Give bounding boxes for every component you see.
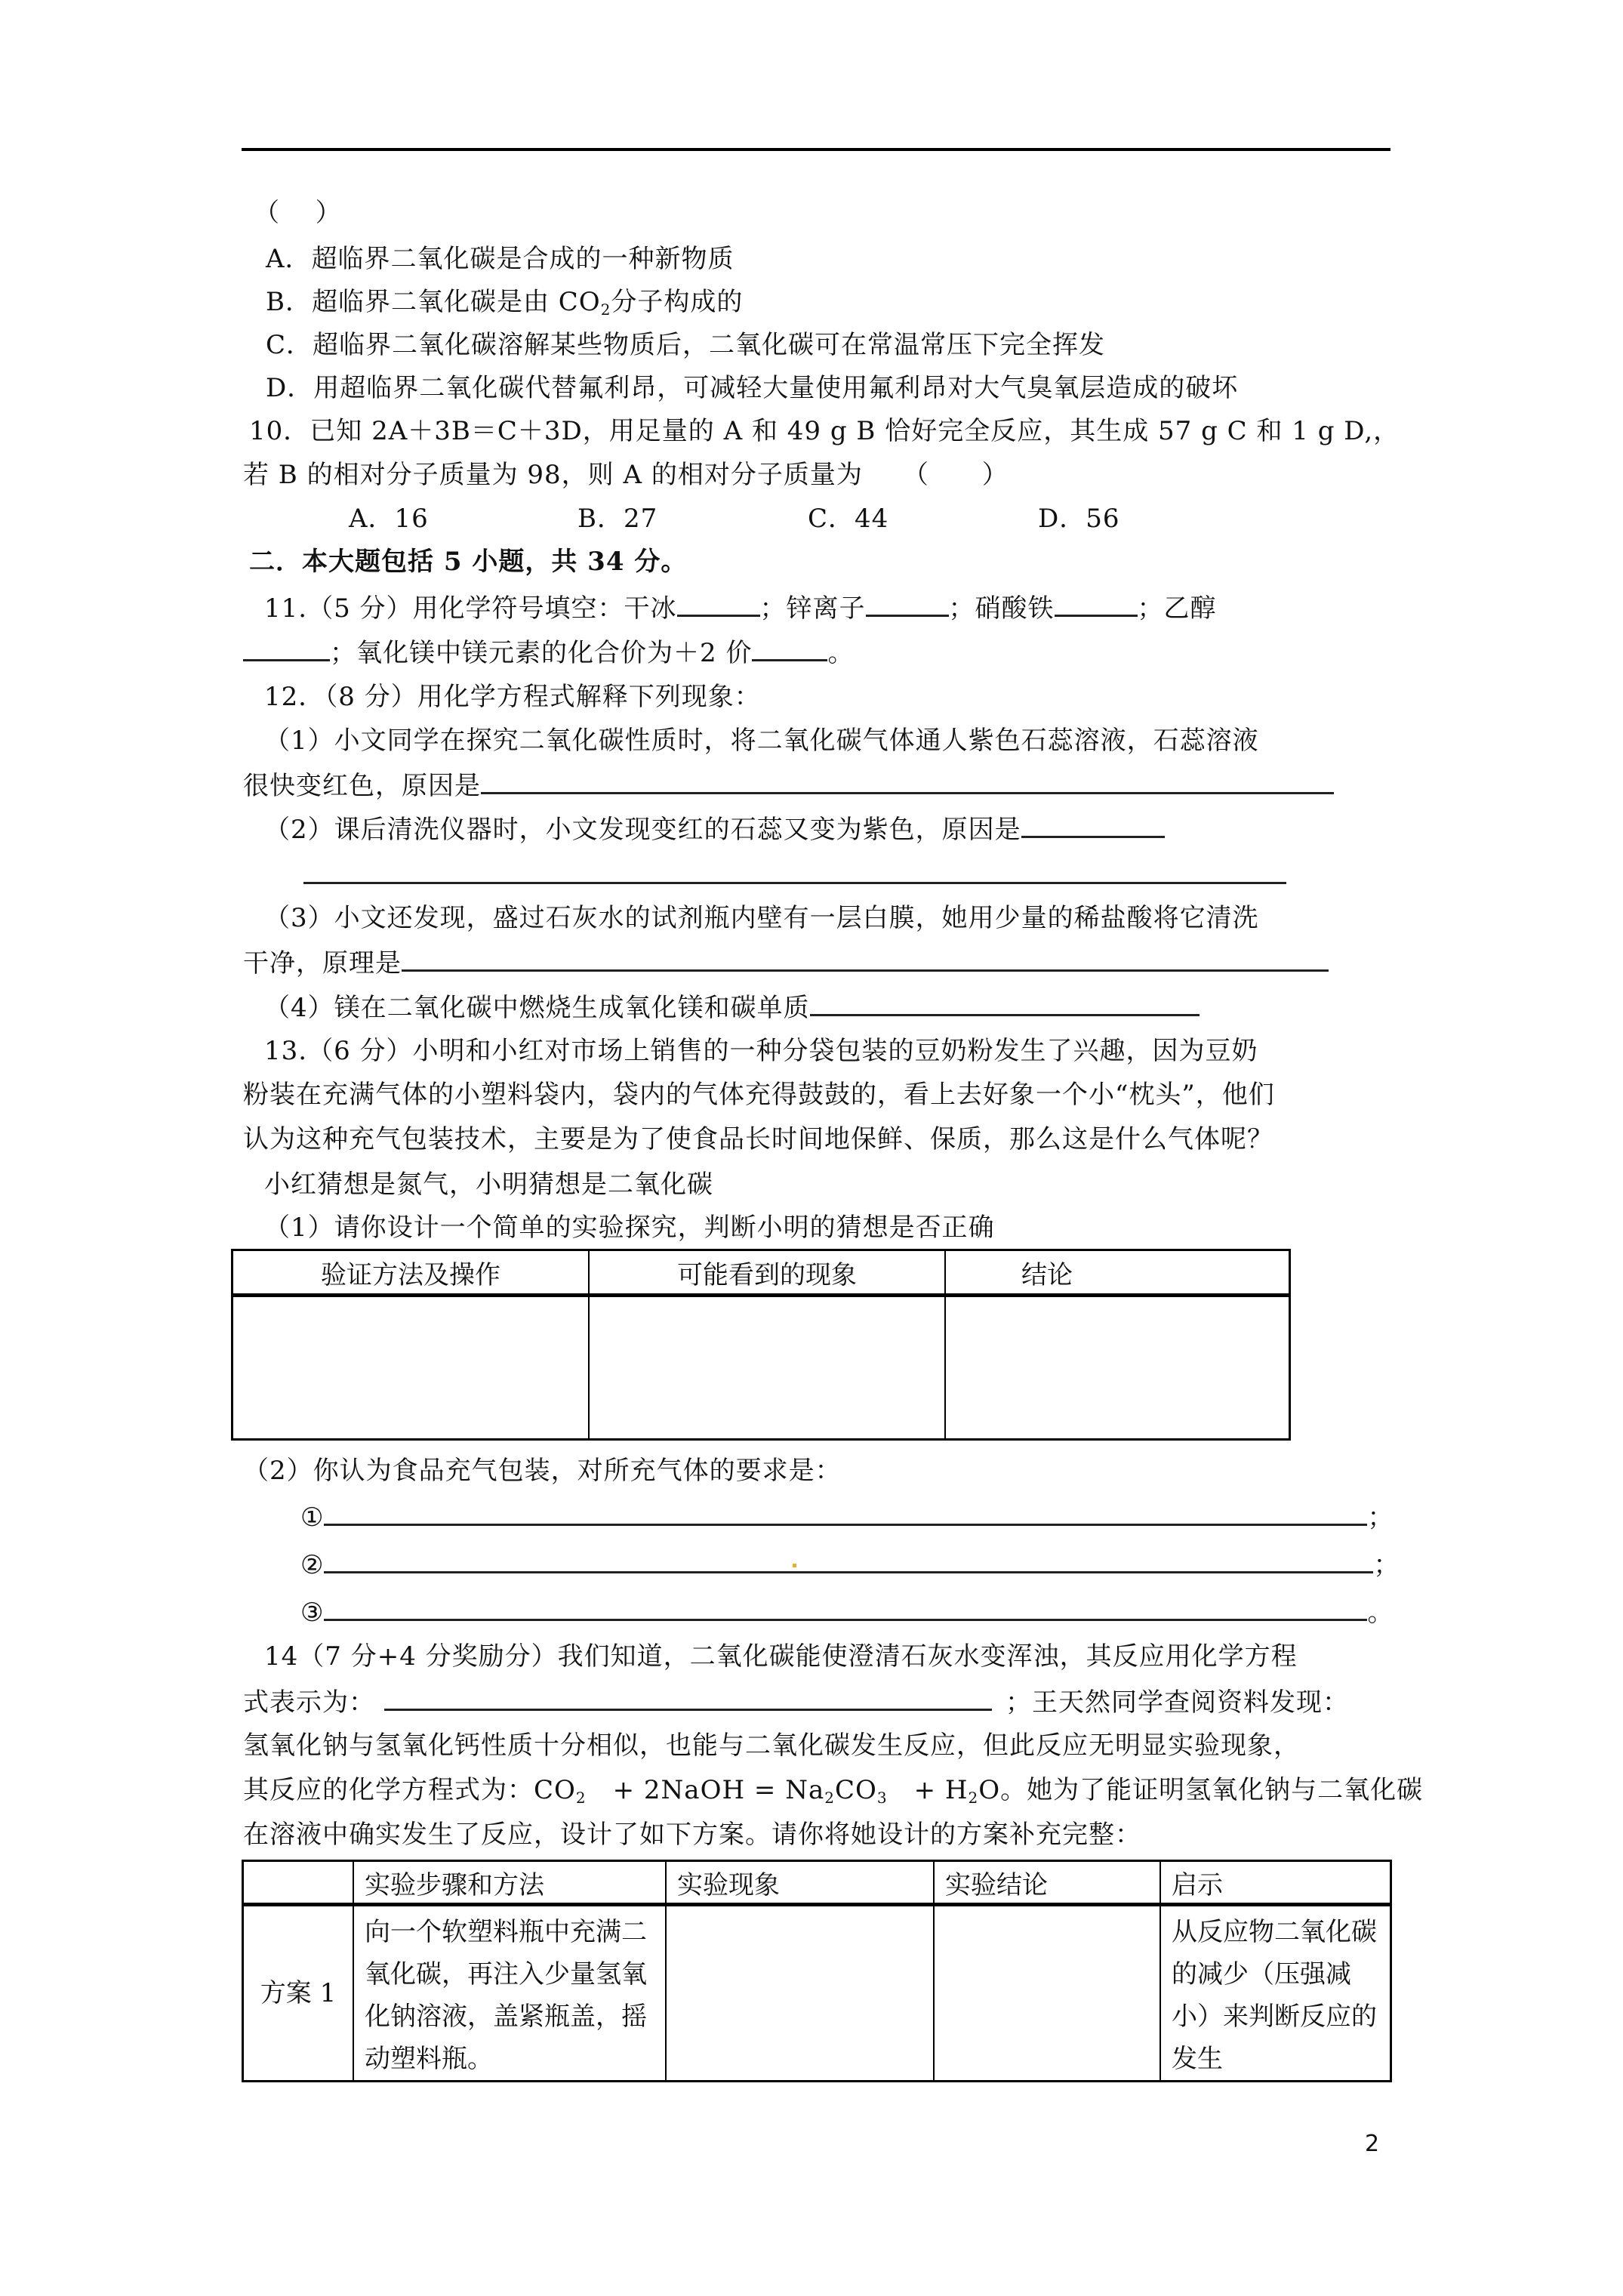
answer-blank-zinc-ion[interactable] — [866, 592, 949, 617]
answer-blank-q12-1[interactable] — [481, 769, 1334, 794]
q13-line2: 粉装在充满气体的小塑料袋内，袋内的气体充得鼓鼓的，看上去好象一个小“枕头”，他们 — [243, 1080, 1275, 1110]
q11-line1: 11.（5 分）用化学符号填空：干冰；锌离子；硝酸铁；乙醇 — [264, 592, 1217, 624]
table-header-phenomenon: 可能看到的现象 — [589, 1250, 945, 1296]
table-header-phenomenon: 实验现象 — [666, 1861, 934, 1905]
answer-blank-q12-3[interactable] — [402, 947, 1329, 972]
table-header-conclusion: 结论 — [945, 1250, 1290, 1296]
answer-blank-q12-4[interactable] — [810, 991, 1200, 1016]
q10-line1: 10．已知 2A＋3B＝C＋3D，用足量的 A 和 49 g B 恰好完全反应，… — [249, 416, 1400, 446]
q10-choice-d: D．56 — [1038, 504, 1120, 534]
q13-requirement-1: ①； — [300, 1501, 1394, 1533]
table-cell-phenomenon[interactable] — [589, 1296, 945, 1440]
table-cell-conclusion[interactable] — [945, 1296, 1290, 1440]
q9-option-c: C．超临界二氧化碳溶解某些物质后，二氧化碳可在常温常压下完全挥发 — [266, 330, 1105, 360]
q13-line1: 13.（6 分）小明和小红对市场上销售的一种分袋包装的豆奶粉发生了兴趣，因为豆奶 — [264, 1036, 1258, 1066]
q10-choice-c: C．44 — [808, 504, 888, 534]
q14-line1: 14（7 分+4 分奖励分）我们知道，二氧化碳能使澄清石灰水变浑浊，其反应用化学… — [264, 1641, 1298, 1672]
q12-part3-line1: （3）小文还发现，盛过石灰水的试剂瓶内壁有一层白膜，她用少量的稀盐酸将它清洗 — [264, 903, 1259, 933]
q14-line3: 氢氧化钠与氢氧化钙性质十分相似，也能与二氧化碳发生反应，但此反应无明显实验现象， — [243, 1730, 1300, 1761]
table-cell-phenomenon[interactable] — [666, 1905, 934, 2082]
q13-line4: 小红猜想是氮气，小明猜想是二氧化碳 — [264, 1170, 713, 1200]
q12-part4: （4）镁在二氧化碳中燃烧生成氧化镁和碳单质 — [264, 991, 1200, 1023]
q12-part1-line1: （1）小文同学在探究二氧化碳性质时，将二氧化碳气体通人紫色石蕊溶液，石蕊溶液 — [264, 726, 1259, 756]
table-header-method: 验证方法及操作 — [233, 1250, 590, 1296]
answer-blank-q12-2[interactable] — [1021, 813, 1165, 838]
table-cell-conclusion[interactable] — [934, 1905, 1160, 2082]
q12-title: 12．（8 分）用化学方程式解释下列现象： — [264, 682, 761, 712]
q9-option-a: A．超临界二氧化碳是合成的一种新物质 — [266, 244, 735, 274]
table-cell-method[interactable] — [233, 1296, 590, 1440]
q10-choice-a: A．16 — [349, 504, 429, 534]
q9-option-b: B．超临界二氧化碳是由 CO2分子构成的 — [266, 287, 743, 317]
table-header-conclusion: 实验结论 — [934, 1861, 1160, 1905]
table-cell-insight: 从反应物二氧化碳的减少（压强减小）来判断反应的发生 — [1160, 1905, 1391, 2082]
table-cell-steps: 向一个软塑料瓶中充满二氧化碳，再注入少量氢氧化钠溶液，盖紧瓶盖，摇动塑料瓶。 — [353, 1905, 666, 2082]
answer-blank-dry-ice[interactable] — [677, 592, 760, 617]
q12-part1-line2: 很快变红色，原因是 — [243, 769, 1334, 801]
q14-line2: 式表示为：；王天然同学查阅资料发现： — [243, 1686, 1349, 1718]
q10-line2: 若 B 的相对分子质量为 98，则 A 的相对分子质量为 （ ） — [243, 460, 1009, 490]
table-header-blank — [243, 1861, 354, 1905]
header-rule — [242, 148, 1390, 151]
q13-part1: （1）请你设计一个简单的实验探究，判断小明的猜想是否正确 — [264, 1213, 995, 1243]
stray-mark — [793, 1564, 796, 1567]
q10-choice-b: B．27 — [577, 504, 658, 534]
q11-line2: ；氧化镁中镁元素的化合价为＋2 价。 — [243, 636, 854, 668]
q14-line5: 在溶液中确实发生了反应，设计了如下方案。请你将她设计的方案补充完整： — [243, 1820, 1141, 1850]
q14-scheme-table: 实验步骤和方法 实验现象 实验结论 启示 方案 1 向一个软塑料瓶中充满二氧化碳… — [242, 1860, 1392, 2082]
answer-blank-iron-nitrate[interactable] — [1055, 592, 1138, 617]
answer-blank-q12-2-cont[interactable] — [303, 859, 1286, 884]
answer-blank-req-2[interactable] — [324, 1549, 1373, 1573]
table-header-steps: 实验步骤和方法 — [353, 1861, 666, 1905]
page-number: 2 — [1365, 2131, 1379, 2157]
q13-requirement-3: ③。 — [300, 1596, 1394, 1628]
q9-answer-paren: （ ） — [254, 198, 342, 228]
answer-blank-req-1[interactable] — [324, 1501, 1367, 1526]
q13-experiment-table: 验证方法及操作 可能看到的现象 结论 — [231, 1249, 1291, 1441]
q13-requirement-2: ②； — [300, 1549, 1400, 1580]
answer-blank-limewater-equation[interactable] — [384, 1686, 992, 1711]
q9-option-d: D．用超临界二氧化碳代替氟利昂，可减轻大量使用氟利昂对大气臭氧层造成的破坏 — [266, 373, 1238, 403]
q13-part2: （2）你认为食品充气包装，对所充气体的要求是： — [243, 1456, 842, 1486]
answer-blank-req-3[interactable] — [324, 1596, 1367, 1621]
answer-blank-ethanol[interactable] — [243, 636, 330, 661]
answer-blank-mg-valence[interactable] — [752, 636, 827, 661]
q13-line3: 认为这种充气包装技术，主要是为了使食品长时间地保鲜、保质，那么这是什么气体呢？ — [243, 1124, 1273, 1154]
q14-line4: 其反应的化学方程式为：CO2 + 2NaOH = Na2CO3 + H2O。她为… — [243, 1775, 1423, 1805]
q12-part2: （2）课后清洗仪器时，小文发现变红的石蕊又变为紫色，原因是 — [264, 813, 1165, 845]
q12-part3-line2: 干净，原理是 — [243, 947, 1329, 978]
table-cell-scheme-label: 方案 1 — [243, 1905, 354, 2082]
table-header-insight: 启示 — [1160, 1861, 1391, 1905]
section-2-heading: 二．本大题包括 5 小题，共 34 分。 — [249, 547, 687, 577]
